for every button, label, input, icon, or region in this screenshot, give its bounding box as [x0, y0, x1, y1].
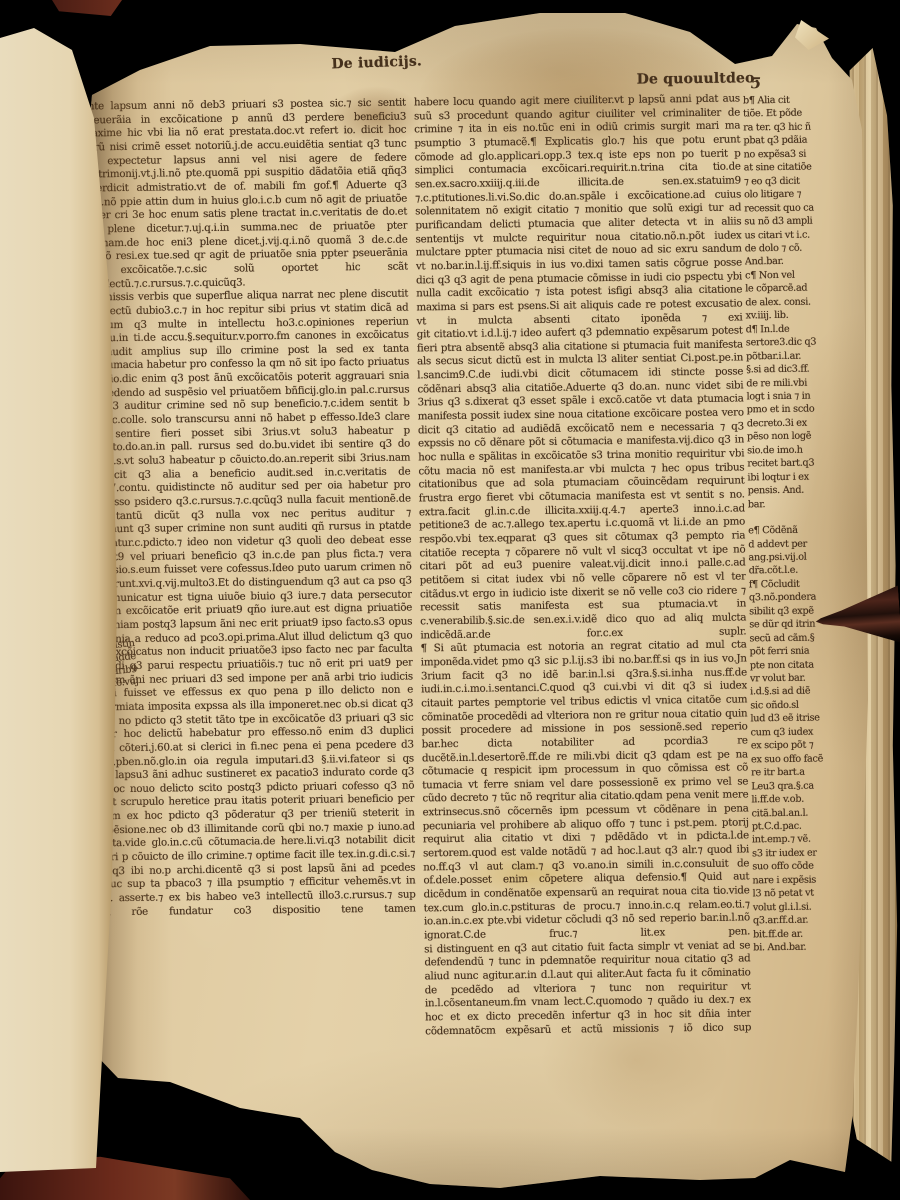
text-line: us citari vt i.c.	[744, 228, 830, 243]
marginal-gloss-column-right: b¶ Alia cittiõe. Et põdera ter. q3 hic ñ…	[743, 93, 842, 1170]
text-line: pmo et in scdo	[747, 403, 833, 418]
text-line: vr volut bar.	[750, 671, 836, 686]
text-line: c¶ Non vel	[745, 268, 831, 283]
text-line: pbat q3 pdãia	[743, 134, 829, 149]
text-line: secũ ad cãm.§	[749, 631, 835, 646]
text-line: bi. And.bar.	[753, 940, 839, 955]
text-line: volut gl.i.l.si.	[753, 900, 839, 915]
text-line: s3 itr iudex er	[752, 846, 838, 861]
text-line: lud d3 eẽ itrise	[750, 712, 836, 727]
folio-number: 5	[751, 74, 762, 92]
text-line: põtbar.i.l.ar.	[746, 349, 832, 364]
text-line: sibilit q3 expẽ	[749, 604, 835, 619]
text-line: bar.	[748, 497, 834, 512]
text-line: ra ter. q3 hic ñ	[743, 120, 829, 135]
text-line: tiõe. Et põde	[743, 107, 829, 122]
text-line: ex scipo põt ⁊	[751, 739, 837, 754]
text-line: git citatio.vt i.d.l.ij.⁊ ideo aufert q3…	[417, 325, 747, 643]
text-line: ⁊ eo q3 dicit	[744, 174, 830, 189]
text-line: olo litigare ⁊	[744, 187, 830, 202]
text-line: recessit quo ca	[744, 201, 830, 216]
text-line: ang.psi.vij.ol	[748, 550, 834, 565]
text-line: int.emp.⁊ vẽ.	[752, 833, 838, 848]
text-line: Leu3 qra.§.ca	[751, 779, 837, 794]
text-line: su nõ d3 ampli	[744, 214, 830, 229]
text-line: And.bar.	[745, 255, 831, 270]
text-line: l3 nõ petat vt	[753, 887, 839, 902]
text-line: nare i expẽsis	[752, 873, 838, 888]
text-line: b¶ Alia cit	[743, 93, 829, 108]
printed-text-layer: De iudicijs. De quouultdeo. 5 ante lapsu…	[0, 0, 900, 1200]
text-line: sertore3.dic q3	[746, 335, 832, 350]
text-line: de alex. consi.	[745, 295, 831, 310]
text-line: q3.ar.ff.d.ar.	[753, 913, 839, 928]
leather-cover-top	[52, 0, 122, 16]
text-line: aprimunt q3 super crimine non sunt audit…	[87, 520, 413, 729]
text-line: cum q3 iudex	[751, 725, 837, 740]
text-line: logt i snia ⁊ in	[746, 389, 832, 404]
text-line: ex suo offo facẽ	[751, 752, 837, 767]
text-line: si distinguent en q3 aut citatio fuit fa…	[424, 939, 751, 1039]
text-line: de dolo ⁊ cõ.	[745, 241, 831, 256]
text-line: d¶ In.l.de	[746, 322, 832, 337]
text-line: ¶ Omissis verbis que superflue aliqua na…	[84, 288, 411, 524]
running-head-right: De quouultdeo.	[637, 70, 760, 87]
running-head-left: De iudicijs.	[331, 53, 422, 72]
recto-page: De iudicijs. De quouultdeo. 5 ante lapsu…	[0, 0, 900, 1200]
text-line: pt.C.d.pac.	[752, 819, 838, 834]
text-line: dr̃a.cõt.l.e.	[749, 564, 835, 579]
text-line: re itr bart.a	[751, 765, 837, 780]
text-line: de re mili.vbi	[746, 376, 832, 391]
text-line: i.d.§.si ad diẽ	[750, 685, 836, 700]
text-line: decreto.3i ex	[747, 416, 833, 431]
text-line: habere locu quando agit mere ciuiliter.v…	[414, 92, 743, 328]
text-line: suo offo cõde	[752, 860, 838, 875]
text-line: li.ff.de v.ob.	[751, 792, 837, 807]
text-line: at sine citatiõe	[744, 161, 830, 176]
text-line: põt ferri snia	[750, 644, 836, 659]
text-line: pẽso non logẽ	[747, 430, 833, 445]
text-line: sic oñdo.sl	[750, 698, 836, 713]
text-line: ibi loqtur i ex	[747, 470, 833, 485]
text-line: xv.iiij. lib.	[745, 309, 831, 324]
text-line: no expẽsa3 si	[744, 147, 830, 162]
text-line: §.si ad dic3.ff.	[746, 362, 832, 377]
text-line: pte non citata	[750, 658, 836, 673]
text-line: le cõparcẽ.ad	[745, 282, 831, 297]
text-line: sio.de imo.h	[747, 443, 833, 458]
text-line: pensis. And.	[748, 483, 834, 498]
text-line: e¶ Cõdẽnã	[748, 523, 834, 538]
text-line: bit.ff.de ar.	[753, 927, 839, 942]
text-line: ante lapsum anni nõ deb3 priuari s3 post…	[82, 97, 408, 292]
text-line: d addevt per	[748, 537, 834, 552]
book-photo: De iudicijs. De quouultdeo. 5 ante lapsu…	[0, 0, 900, 1200]
text-line: ppter hoc delictũ habebatur pro effesso.…	[90, 725, 416, 920]
text-line: q3.nõ.pondera	[749, 591, 835, 606]
text-line: citã.bal.an.l.	[752, 806, 838, 821]
text-line: recitet bart.q3	[747, 457, 833, 472]
text-line: f¶ Cõcludit	[749, 577, 835, 592]
text-column-right: habere locu quando agit mere ciuiliter.v…	[414, 92, 753, 1182]
text-line: ¶ Si aũt ptumacia est notoria an regrat …	[421, 639, 751, 943]
text-line	[748, 510, 834, 524]
